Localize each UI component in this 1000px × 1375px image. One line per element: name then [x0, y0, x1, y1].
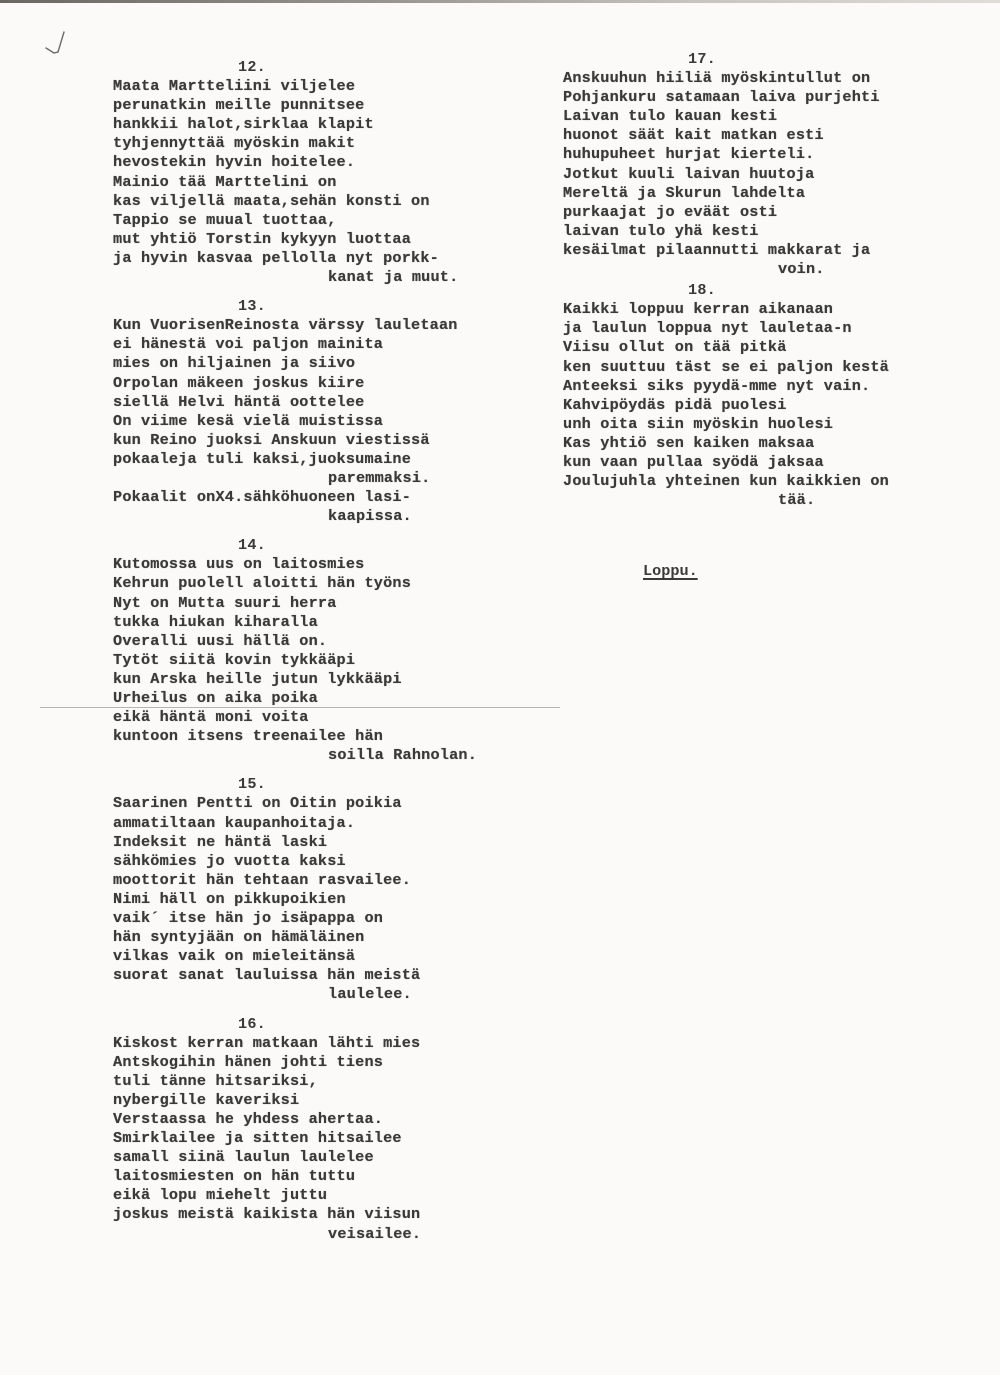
- verse-continuation: kanat ja muut.: [113, 268, 477, 287]
- verse-line: purkaajat jo eväät osti: [563, 203, 889, 222]
- ending-text: Loppu.: [643, 562, 698, 580]
- verse-line: Saarinen Pentti on Oitin poikia: [113, 794, 477, 813]
- verse-line: Nimi häll on pikkupoikien: [113, 890, 477, 909]
- stanza: 15.Saarinen Pentti on Oitin poikiaammati…: [113, 775, 477, 1014]
- verse-line: moottorit hän tehtaan rasvailee.: [113, 871, 477, 890]
- verse-line: kuntoon itsens treenailee hän: [113, 727, 477, 746]
- verse-line: Indeksit ne häntä laski: [113, 833, 477, 852]
- verse-line: vilkas vaik on mieleitänsä: [113, 947, 477, 966]
- verse-line: Tappio se muual tuottaa,: [113, 211, 477, 230]
- verse-line: huhupuheet hurjat kierteli.: [563, 145, 889, 164]
- verse-line: Overalli uusi hällä on.: [113, 632, 477, 651]
- verse-line: Tytöt siitä kovin tykkääpi: [113, 651, 477, 670]
- verse-line: Kahvipöydäs pidä puolesi: [563, 396, 889, 415]
- verse-line: Maata Martteliini viljelee: [113, 77, 477, 96]
- verse-line: samall siinä laulun laulelee: [113, 1148, 477, 1167]
- verse-line: Kaikki loppuu kerran aikanaan: [563, 300, 889, 319]
- verse-line: kesäilmat pilaannutti makkarat ja: [563, 241, 889, 260]
- verse-line: Orpolan mäkeen joskus kiire: [113, 374, 477, 393]
- stanza-number: 18.: [563, 281, 889, 300]
- verse-line: ei hänestä voi paljon mainita: [113, 335, 477, 354]
- verse-line: Jotkut kuuli laivan huutoja: [563, 165, 889, 184]
- verse-line: Kas yhtiö sen kaiken maksaa: [563, 434, 889, 453]
- verse-line: kun Reino juoksi Anskuun viestissä: [113, 431, 477, 450]
- verse-line: Antskogihin hänen johti tiens: [113, 1053, 477, 1072]
- verse-continuation: paremmaksi.: [113, 469, 477, 488]
- stanza-gap: [113, 765, 477, 775]
- verse-line: sähkömies jo vuotta kaksi: [113, 852, 477, 871]
- verse-line: Kehrun puolell aloitti hän työns: [113, 574, 477, 593]
- stanza: 14.Kutomossa uus on laitosmiesKehrun puo…: [113, 536, 477, 775]
- verse-line: Mainio tää Marttelini on: [113, 173, 477, 192]
- left-column: 12.Maata Martteliini viljeleeperunatkin …: [113, 58, 477, 1244]
- verse-line: Laivan tulo kauan kesti: [563, 107, 889, 126]
- verse-line: Smirklailee ja sitten hitsailee: [113, 1129, 477, 1148]
- verse-line: hankkii halot,sirklaa klapit: [113, 115, 477, 134]
- right-column: 17.Anskuuhun hiiliä myöskintullut onPohj…: [563, 50, 889, 510]
- verse-line: Anskuuhun hiiliä myöskintullut on: [563, 69, 889, 88]
- stanza-number: 15.: [113, 775, 477, 794]
- verse-line: mies on hiljainen ja siivo: [113, 354, 477, 373]
- verse-line: suorat sanat lauluissa hän meistä: [113, 966, 477, 985]
- check-mark-icon: [44, 30, 74, 60]
- verse-line: kun Arska heille jutun lykkääpi: [113, 670, 477, 689]
- verse-line: Kutomossa uus on laitosmies: [113, 555, 477, 574]
- verse-line: Anteeksi siks pyydä-mme nyt vain.: [563, 377, 889, 396]
- verse-line: kun vaan pullaa syödä jaksaa: [563, 453, 889, 472]
- stanza-number: 13.: [113, 297, 477, 316]
- verse-line: pokaaleja tuli kaksi,juoksumaine: [113, 450, 477, 469]
- verse-line: Pohjankuru satamaan laiva purjehti: [563, 88, 889, 107]
- stanza: 12.Maata Martteliini viljeleeperunatkin …: [113, 58, 477, 297]
- verse-line: mut yhtiö Torstin kykyyn luottaa: [113, 230, 477, 249]
- stanza: 18.Kaikki loppuu kerran aikanaanja laulu…: [563, 281, 889, 510]
- verse-continuation: soilla Rahnolan.: [113, 746, 477, 765]
- stanza-number: 16.: [113, 1015, 477, 1034]
- verse-line: ja laulun loppua nyt lauletaa-n: [563, 319, 889, 338]
- verse-line: eikä häntä moni voita: [113, 708, 477, 727]
- verse-line: ammatiltaan kaupanhoitaja.: [113, 814, 477, 833]
- verse-line: hän syntyjään on hämäläinen: [113, 928, 477, 947]
- verse-line: joskus meistä kaikista hän viisun: [113, 1205, 477, 1224]
- verse-line: Joulujuhla yhteinen kun kaikkien on: [563, 472, 889, 491]
- verse-line: Kun VuorisenReinosta värssy lauletaan: [113, 316, 477, 335]
- stanza: 13.Kun VuorisenReinosta värssy lauletaan…: [113, 297, 477, 536]
- verse-line: perunatkin meille punnitsee: [113, 96, 477, 115]
- verse-line: Urheilus on aika poika: [113, 689, 477, 708]
- verse-line: Nyt on Mutta suuri herra: [113, 594, 477, 613]
- verse-continuation: tää.: [563, 491, 889, 510]
- stanza-number: 12.: [113, 58, 477, 77]
- stanza: 16.Kiskost kerran matkaan lähti miesAnts…: [113, 1015, 477, 1244]
- verse-line: Kiskost kerran matkaan lähti mies: [113, 1034, 477, 1053]
- verse-continuation: kaapissa.: [113, 507, 477, 526]
- verse-line: laivan tulo yhä kesti: [563, 222, 889, 241]
- verse-line: laitosmiesten on hän tuttu: [113, 1167, 477, 1186]
- stanza-gap: [113, 1005, 477, 1015]
- stanza-number: 14.: [113, 536, 477, 555]
- verse-line: On viime kesä vielä muistissa: [113, 412, 477, 431]
- verse-line: tukka hiukan kiharalla: [113, 613, 477, 632]
- verse-line: tyhjennyttää myöskin makit: [113, 134, 477, 153]
- verse-line: hevostekin hyvin hoitelee.: [113, 153, 477, 172]
- verse-line: Pokaalit onX4.sähköhuoneen lasi-: [113, 488, 477, 507]
- verse-line: siellä Helvi häntä oottelee: [113, 393, 477, 412]
- verse-line: nybergille kaveriksi: [113, 1091, 477, 1110]
- verse-line: kas viljellä maata,sehän konsti on: [113, 192, 477, 211]
- verse-line: tuli tänne hitsariksi,: [113, 1072, 477, 1091]
- stanza-number: 17.: [563, 50, 889, 69]
- verse-line: Verstaassa he yhdess ahertaa.: [113, 1110, 477, 1129]
- verse-line: Mereltä ja Skurun lahdelta: [563, 184, 889, 203]
- verse-line: huonot säät kait matkan esti: [563, 126, 889, 145]
- verse-continuation: laulelee.: [113, 985, 477, 1004]
- stanza: 17.Anskuuhun hiiliä myöskintullut onPohj…: [563, 50, 889, 281]
- scan-top-edge: [0, 0, 1000, 3]
- verse-line: Viisu ollut on tää pitkä: [563, 338, 889, 357]
- verse-line: vaik´ itse hän jo isäpappa on: [113, 909, 477, 928]
- verse-line: eikä lopu miehelt juttu: [113, 1186, 477, 1205]
- verse-continuation: veisailee.: [113, 1225, 477, 1244]
- verse-continuation: voin.: [563, 260, 889, 279]
- stanza-gap: [113, 287, 477, 297]
- verse-line: ja hyvin kasvaa pellolla nyt porkk-: [113, 249, 477, 268]
- verse-line: ken suuttuu täst se ei paljon kestä: [563, 358, 889, 377]
- verse-line: unh oita siin myöskin huolesi: [563, 415, 889, 434]
- stanza-gap: [113, 526, 477, 536]
